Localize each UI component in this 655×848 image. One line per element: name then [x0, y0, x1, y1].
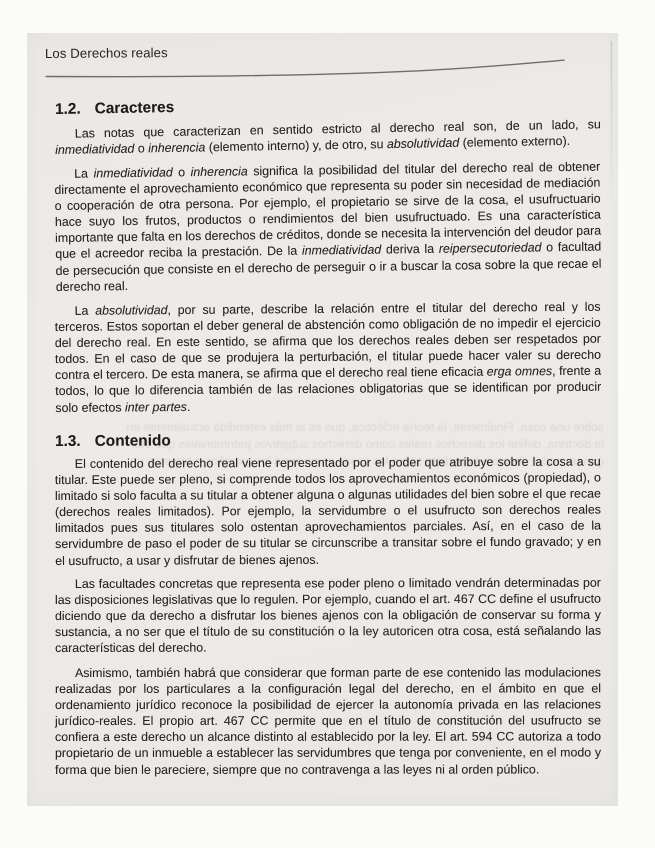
section-number: 1.2.	[55, 101, 81, 118]
text-run: o	[173, 165, 191, 179]
section-caracteres: 1.2.Caracteres Las notas que caracteriza…	[55, 101, 601, 416]
running-header: Los Derechos reales	[45, 41, 601, 81]
paragraph-caracteres-3: La absolutividad, por su parte, describe…	[55, 299, 602, 416]
text-run: La	[74, 167, 93, 181]
text-run: Las facultades concretas que representa …	[55, 576, 601, 656]
italic-text-run: absolutividad	[95, 303, 167, 318]
italic-text-run: inherencia	[190, 165, 247, 180]
text-run: Asimismo, también habrá que considerar q…	[55, 665, 601, 776]
section-number: 1.3.	[55, 432, 81, 449]
section-title: Caracteres	[95, 99, 175, 117]
header-rule	[45, 59, 567, 81]
section-title: Contenido	[95, 432, 171, 449]
text-run: deriva la	[381, 242, 439, 257]
page-edge-shadow	[611, 41, 613, 211]
paragraph-contenido-2: Las facultades concretas que representa …	[55, 575, 601, 657]
italic-text-run: inmediatividad	[302, 243, 381, 258]
text-run: La	[75, 304, 96, 318]
italic-text-run: inmediatividad	[93, 166, 172, 181]
text-run: o	[134, 141, 148, 155]
italic-text-run: inmediatividad	[55, 142, 134, 157]
section-heading-contenido: 1.3.Contenido	[55, 430, 601, 451]
text-run: (elemento externo).	[459, 134, 570, 150]
text-run: El contenido del derecho real viene repr…	[55, 454, 601, 567]
text-run: (elemento interno) y, de otro, su	[205, 137, 387, 154]
italic-text-run: absolutividad	[387, 136, 460, 151]
paragraph-contenido-3: Asimismo, también habrá que considerar q…	[55, 664, 601, 777]
running-header-title: Los Derechos reales	[45, 45, 168, 61]
scan-background: Los Derechos reales sobre una cosa. Fina…	[0, 0, 655, 848]
paragraph-caracteres-2: La inmediatividad o inherencia significa…	[54, 159, 602, 295]
italic-text-run: inter partes	[125, 399, 187, 413]
italic-text-run: reipersecutoriedad	[439, 241, 542, 256]
italic-text-run: inherencia	[148, 140, 205, 155]
italic-text-run: erga omnes	[487, 364, 553, 379]
text-run: .	[187, 399, 191, 413]
section-contenido: 1.3.Contenido El contenido del derecho r…	[55, 433, 601, 778]
paragraph-caracteres-1: Las notas que caracterizan en sentido es…	[55, 116, 601, 158]
section-heading-caracteres: 1.2.Caracteres	[55, 92, 601, 119]
paragraph-contenido-1: El contenido del derecho real viene repr…	[55, 453, 602, 568]
book-page: Los Derechos reales sobre una cosa. Fina…	[27, 33, 618, 806]
